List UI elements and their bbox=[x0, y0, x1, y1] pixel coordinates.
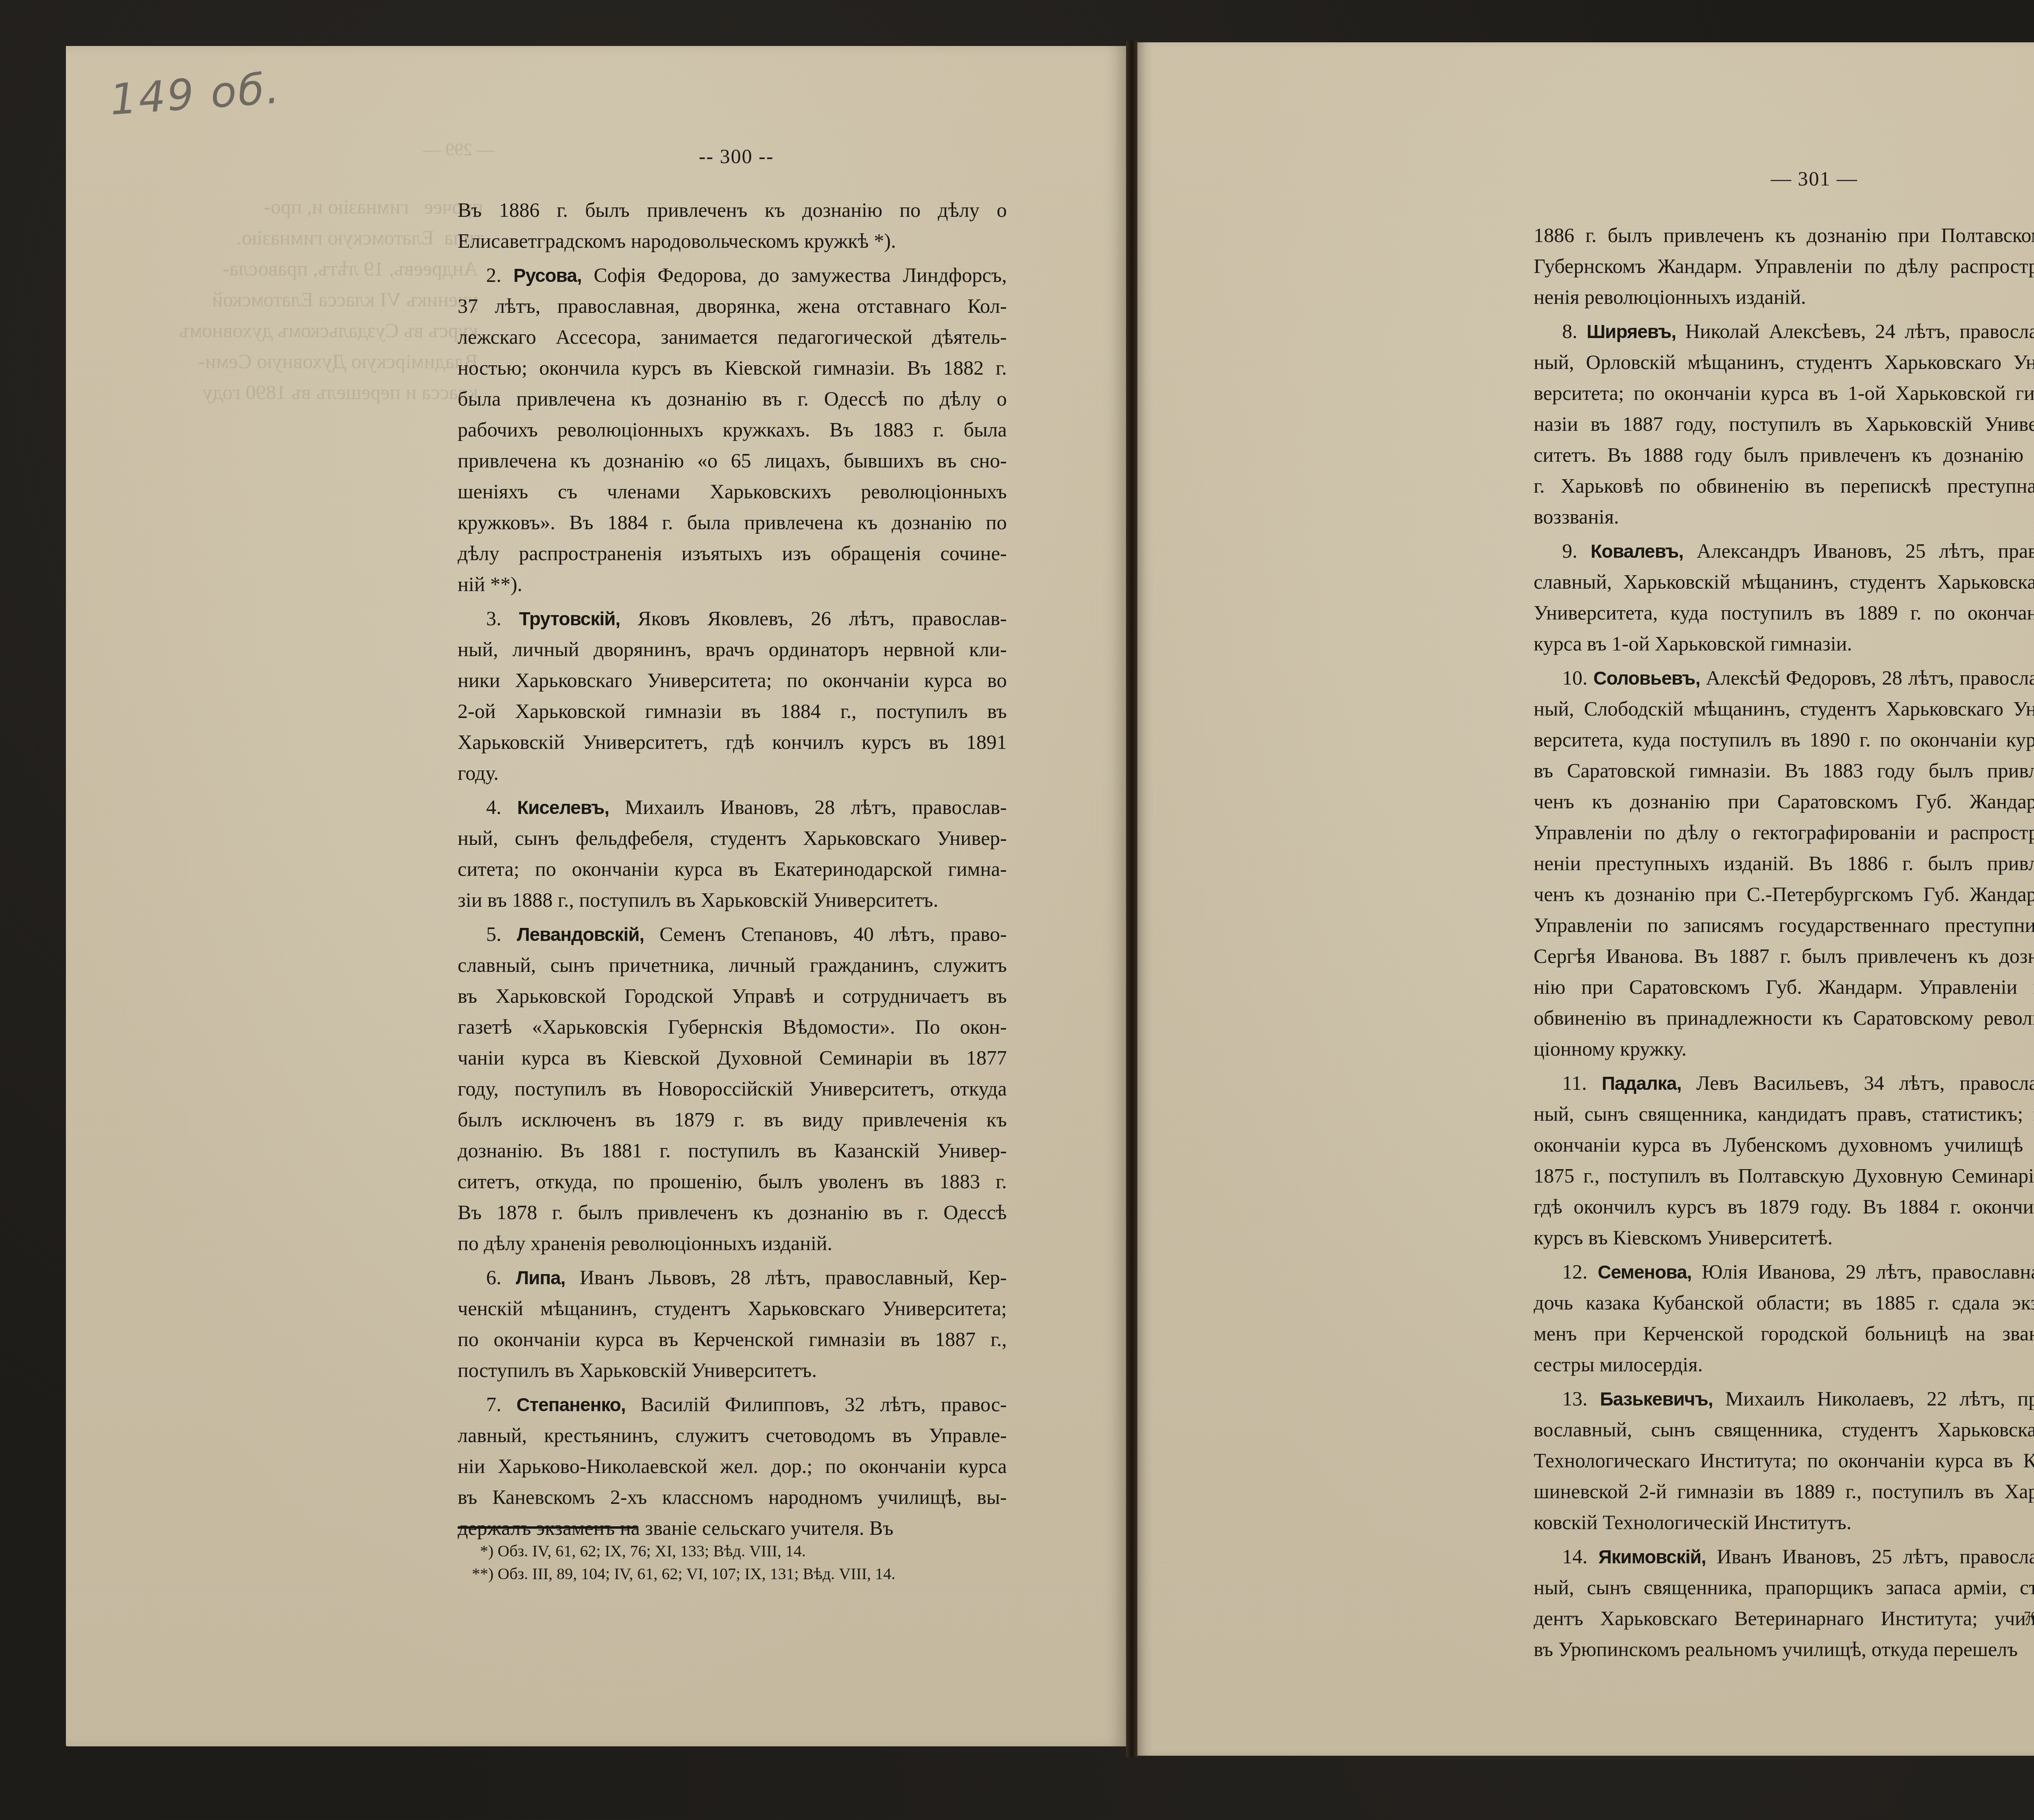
text-line: шеніяхъ съ членами Харьковскихъ революці… bbox=[458, 476, 1007, 507]
text-line: ніи Харьково-Николаевской жел. дор.; по … bbox=[458, 1451, 1007, 1482]
text-line: 1875 г., поступилъ въ Полтавскую Духовну… bbox=[1534, 1160, 2034, 1191]
text-line: 5. Левандовскій, Семенъ Степановъ, 40 лѣ… bbox=[458, 919, 1007, 949]
entry-number: 12. bbox=[1562, 1260, 1588, 1283]
entry-number: 8. bbox=[1562, 320, 1578, 343]
text-line: 3. Трутовскій, Яковъ Яковлевъ, 26 лѣтъ, … bbox=[458, 603, 1007, 634]
text-line: славный, Харьковскій мѣщанинъ, студентъ … bbox=[1534, 566, 2034, 597]
text-line: году, поступилъ въ Новороссійскій Универ… bbox=[458, 1073, 1007, 1104]
right-text-column: 1886 г. былъ привлеченъ къ дознанію при … bbox=[1534, 220, 2034, 1668]
continuation-paragraph: Въ 1886 г. былъ привлеченъ къ дознанію п… bbox=[458, 194, 1007, 256]
text-line: гдѣ окончилъ курсъ въ 1879 году. Въ 1884… bbox=[1534, 1191, 2034, 1222]
footnotes: *) Обз. IV, 61, 62; IX, 76; XI, 133; Вѣд… bbox=[472, 1540, 1001, 1585]
text-line: Сергѣя Иванова. Въ 1887 г. былъ привлече… bbox=[1534, 941, 2034, 971]
text-line: былъ исключенъ въ 1879 г. въ виду привле… bbox=[458, 1104, 1007, 1135]
text-line: 8. Ширяевъ, Николай Алексѣевъ, 24 лѣтъ, … bbox=[1534, 316, 2034, 347]
entry-surname: Левандовскій, bbox=[517, 924, 644, 945]
entry-surname: Липа, bbox=[516, 1267, 565, 1288]
footnote-1: *) Обз. IV, 61, 62; IX, 76; XI, 133; Вѣд… bbox=[472, 1540, 1001, 1562]
entry-line-text: Михаилъ Ивановъ, 28 лѣтъ, православ- bbox=[609, 796, 1007, 818]
entry-number: 14. bbox=[1562, 1545, 1588, 1568]
text-line: курса въ 1-ой Харьковской гимназіи. bbox=[1534, 628, 2034, 659]
entry-line-text: Василій Филипповъ, 32 лѣтъ, правос- bbox=[626, 1393, 1007, 1416]
text-line: ченъ къ дознанію при Саратовскомъ Губ. Ж… bbox=[1534, 786, 2034, 817]
text-line: въ Урюпинскомъ реальномъ училищѣ, откуда… bbox=[1534, 1634, 2034, 1665]
text-line: лавный, крестьянинъ, служитъ счетоводомъ… bbox=[458, 1420, 1007, 1451]
entry-surname: Трутовскій, bbox=[519, 608, 620, 629]
text-line: неніи преступныхъ изданій. Въ 1886 г. бы… bbox=[1534, 848, 2034, 879]
text-line: дознанію. Въ 1881 г. поступилъ въ Казанс… bbox=[458, 1135, 1007, 1166]
entry-surname: Базькевичъ, bbox=[1600, 1388, 1713, 1410]
text-line: дентъ Харьковскаго Ветеринарнаго Институ… bbox=[1534, 1603, 2034, 1634]
footnote-2: **) Обз. III, 89, 104; IV, 61, 62; VI, 1… bbox=[472, 1562, 1001, 1585]
text-line: Въ 1886 г. былъ привлеченъ къ дознанію п… bbox=[458, 194, 1007, 225]
text-line: 11. Падалка, Левъ Васильевъ, 34 лѣтъ, пр… bbox=[1534, 1067, 2034, 1098]
text-line: г. Харьковѣ по обвиненію въ перепискѣ пр… bbox=[1534, 470, 2034, 501]
entry-surname: Соловьевъ, bbox=[1593, 668, 1700, 689]
entry-line-text: Михаилъ Николаевъ, 22 лѣтъ, пра- bbox=[1713, 1387, 2034, 1410]
text-line: поступилъ въ Харьковскій Университетъ. bbox=[458, 1355, 1007, 1386]
text-line: ники Харьковскаго Университета; по оконч… bbox=[458, 665, 1007, 696]
entry-number: 9. bbox=[1562, 539, 1578, 562]
text-line: ный, личный дворянинъ, врачъ ординаторъ … bbox=[458, 634, 1007, 665]
text-line: ситетъ. Въ 1888 году былъ привлеченъ къ … bbox=[1534, 439, 2034, 470]
continuation-paragraph: 1886 г. былъ привлеченъ къ дознанію при … bbox=[1534, 220, 2034, 312]
footnote-separator bbox=[458, 1526, 637, 1529]
entry-line-text: Николай Алексѣевъ, 24 лѣтъ, православ- bbox=[1676, 320, 2034, 343]
text-line: 37 лѣтъ, православная, дворянка, жена от… bbox=[458, 290, 1007, 321]
entry-line-text: Юлія Иванова, 29 лѣтъ, православная, bbox=[1691, 1260, 2034, 1283]
text-line: воззванія. bbox=[1534, 501, 2034, 532]
entry-paragraph: 7. Степаненко, Василій Филипповъ, 32 лѣт… bbox=[458, 1389, 1007, 1543]
text-line: 13. Базькевичъ, Михаилъ Николаевъ, 22 лѣ… bbox=[1534, 1383, 2034, 1414]
text-line: менъ при Керченской городской больницѣ н… bbox=[1534, 1318, 2034, 1349]
entry-paragraph: 10. Соловьевъ, Алексѣй Федоровъ, 28 лѣтъ… bbox=[1534, 662, 2034, 1064]
text-line: ный, Слободскій мѣщанинъ, студентъ Харьк… bbox=[1534, 693, 2034, 724]
entry-number: 4. bbox=[486, 796, 502, 818]
text-line: ситетъ, откуда, по прошенію, былъ уволен… bbox=[458, 1166, 1007, 1197]
left-text-column: Въ 1886 г. былъ привлеченъ къ дознанію п… bbox=[458, 194, 1007, 1547]
entry-surname: Семенова, bbox=[1598, 1261, 1692, 1283]
entry-line-text: Семенъ Степановъ, 40 лѣтъ, право- bbox=[644, 923, 1007, 945]
entry-paragraph: 5. Левандовскій, Семенъ Степановъ, 40 лѣ… bbox=[458, 919, 1007, 1259]
book-gutter bbox=[1126, 41, 1137, 1757]
text-line: 1886 г. былъ привлеченъ къ дознанію при … bbox=[1534, 220, 2034, 251]
text-line: газетѣ «Харьковскія Губернскія Вѣдомости… bbox=[458, 1011, 1007, 1042]
text-line: Университета, куда поступилъ въ 1889 г. … bbox=[1534, 597, 2034, 628]
text-line: Елисаветградскомъ народовольческомъ круж… bbox=[458, 225, 1007, 256]
entry-number: 6. bbox=[486, 1266, 502, 1289]
text-line: Управленіи по дѣлу о гектографированіи и… bbox=[1534, 817, 2034, 848]
text-line: въ Каневскомъ 2-хъ классномъ народномъ у… bbox=[458, 1482, 1007, 1512]
entry-number: 5. bbox=[486, 923, 502, 945]
text-line: верситета; по окончаніи курса въ 1-ой Ха… bbox=[1534, 378, 2034, 408]
text-line: Въ 1878 г. былъ привлеченъ къ дознанію в… bbox=[458, 1197, 1007, 1228]
text-line: 2-ой Харьковской гимназіи въ 1884 г., по… bbox=[458, 696, 1007, 727]
entry-paragraph: 2. Русова, Софія Федорова, до замужества… bbox=[458, 260, 1007, 600]
text-line: ціонному кружку. bbox=[1534, 1033, 2034, 1064]
entry-surname: Степаненко, bbox=[517, 1394, 626, 1415]
text-line: вославный, сынъ священника, студентъ Хар… bbox=[1534, 1414, 2034, 1445]
text-line: по окончаніи курса въ Керченской гимназі… bbox=[458, 1324, 1007, 1355]
text-line: привлечена къ дознанію «о 65 лицахъ, быв… bbox=[458, 445, 1007, 476]
text-line: 14. Якимовскій, Иванъ Ивановъ, 25 лѣтъ, … bbox=[1534, 1541, 2034, 1572]
entry-surname: Якимовскій, bbox=[1598, 1546, 1706, 1567]
text-line: обвиненію въ принадлежности къ Саратовск… bbox=[1534, 1002, 2034, 1033]
entry-paragraph: 4. Киселевъ, Михаилъ Ивановъ, 28 лѣтъ, п… bbox=[458, 792, 1007, 915]
text-line: зіи въ 1888 г., поступилъ въ Харьковскій… bbox=[458, 884, 1007, 915]
entry-number: 2. bbox=[486, 264, 502, 286]
entry-number: 13. bbox=[1562, 1387, 1588, 1410]
entry-surname: Падалка, bbox=[1602, 1073, 1681, 1094]
text-line: курсъ въ Кіевскомъ Университетѣ. bbox=[1534, 1222, 2034, 1253]
entry-line-text: Иванъ Ивановъ, 25 лѣтъ, православ- bbox=[1706, 1545, 2034, 1568]
entry-line-text: Иванъ Львовъ, 28 лѣтъ, православный, Кер… bbox=[565, 1266, 1007, 1289]
text-line: ненія революціонныхъ изданій. bbox=[1534, 282, 2034, 312]
entry-paragraph: 11. Падалка, Левъ Васильевъ, 34 лѣтъ, пр… bbox=[1534, 1067, 2034, 1253]
text-line: ковскій Технологическій Институтъ. bbox=[1534, 1507, 2034, 1538]
entry-surname: Ковалевъ, bbox=[1591, 541, 1683, 562]
text-line: Харьковскій Университетъ, гдѣ кончилъ ку… bbox=[458, 727, 1007, 757]
text-line: назіи въ 1887 году, поступилъ въ Харьков… bbox=[1534, 408, 2034, 439]
page-number-left: -- 300 -- bbox=[635, 144, 838, 168]
text-line: Технологическаго Института; по окончаніи… bbox=[1534, 1445, 2034, 1476]
text-line: нію при Саратовскомъ Губ. Жандарм. Управ… bbox=[1534, 971, 2034, 1002]
text-line: кружковъ». Въ 1884 г. была привлечена къ… bbox=[458, 507, 1007, 538]
text-line: ностью; окончила курсъ въ Кіевской гимна… bbox=[458, 352, 1007, 383]
text-line: лежскаго Ассесора, занимается педагогиче… bbox=[458, 321, 1007, 352]
entry-surname: Ширяевъ, bbox=[1587, 321, 1676, 342]
page-number-right: — 301 — bbox=[1713, 167, 1916, 190]
text-line: ситета; по окончаніи курса въ Екатеринод… bbox=[458, 853, 1007, 884]
entry-paragraph: 9. Ковалевъ, Александръ Ивановъ, 25 лѣтъ… bbox=[1534, 535, 2034, 659]
text-line: ній **). bbox=[458, 569, 1007, 600]
text-line: верситета, куда поступилъ въ 1890 г. по … bbox=[1534, 724, 2034, 755]
text-line: дѣлу распространенія изъятыхъ изъ обраще… bbox=[458, 538, 1007, 569]
text-line: 10. Соловьевъ, Алексѣй Федоровъ, 28 лѣтъ… bbox=[1534, 662, 2034, 693]
text-line: 9. Ковалевъ, Александръ Ивановъ, 25 лѣтъ… bbox=[1534, 535, 2034, 566]
entry-paragraph: 13. Базькевичъ, Михаилъ Николаевъ, 22 лѣ… bbox=[1534, 1383, 2034, 1538]
entry-line-text: Алексѣй Федоровъ, 28 лѣтъ, православ- bbox=[1700, 666, 2034, 689]
entry-paragraph: 12. Семенова, Юлія Иванова, 29 лѣтъ, пра… bbox=[1534, 1256, 2034, 1380]
text-line: въ Саратовской гимназіи. Въ 1883 году бы… bbox=[1534, 755, 2034, 786]
text-line: году. bbox=[458, 757, 1007, 788]
text-line: ченскій мѣщанинъ, студентъ Харьковскаго … bbox=[458, 1293, 1007, 1324]
text-line: 4. Киселевъ, Михаилъ Ивановъ, 28 лѣтъ, п… bbox=[458, 792, 1007, 823]
text-line: 2. Русова, Софія Федорова, до замужества… bbox=[458, 260, 1007, 290]
entry-surname: Русова, bbox=[513, 265, 582, 286]
text-line: по дѣлу храненія революціонныхъ изданій. bbox=[458, 1228, 1007, 1259]
text-line: рабочихъ революціонныхъ кружкахъ. Въ 188… bbox=[458, 414, 1007, 445]
text-line: 6. Липа, Иванъ Львовъ, 28 лѣтъ, правосла… bbox=[458, 1262, 1007, 1293]
entry-line-text: Софія Федорова, до замужества Линдфорсъ, bbox=[582, 264, 1007, 286]
text-line: ный, Орловскій мѣщанинъ, студентъ Харько… bbox=[1534, 347, 2034, 378]
text-line: шиневской 2-й гимназіи въ 1889 г., посту… bbox=[1534, 1476, 2034, 1507]
text-line: ный, сынъ фельдфебеля, студентъ Харьковс… bbox=[458, 823, 1007, 853]
text-line: ный, сынъ священника, прапорщикъ запаса … bbox=[1534, 1572, 2034, 1603]
entry-paragraph: 6. Липа, Иванъ Львовъ, 28 лѣтъ, правосла… bbox=[458, 1262, 1007, 1386]
entry-number: 3. bbox=[486, 607, 502, 630]
printer-signature-mark: 76 bbox=[2024, 1609, 2034, 1624]
text-line: Губернскомъ Жандарм. Управленіи по дѣлу … bbox=[1534, 251, 2034, 282]
text-line: чаніи курса въ Кіевской Духовной Семинар… bbox=[458, 1042, 1007, 1073]
text-line: окончаніи курса въ Лубенскомъ духовномъ … bbox=[1534, 1129, 2034, 1160]
text-line: дочь казака Кубанской области; въ 1885 г… bbox=[1534, 1287, 2034, 1318]
text-line: Управленіи по записямъ государственнаго … bbox=[1534, 910, 2034, 941]
text-line: была привлечена къ дознанію въ г. Одессѣ… bbox=[458, 383, 1007, 414]
entry-number: 7. bbox=[486, 1393, 502, 1416]
text-line: ченъ къ дознанію при С.-Петербургскомъ Г… bbox=[1534, 879, 2034, 910]
entry-number: 11. bbox=[1562, 1071, 1587, 1094]
text-line: славный, сынъ причетника, личный граждан… bbox=[458, 949, 1007, 980]
text-line: ный, сынъ священника, кандидатъ правъ, с… bbox=[1534, 1098, 2034, 1129]
text-line: 7. Степаненко, Василій Филипповъ, 32 лѣт… bbox=[458, 1389, 1007, 1420]
entry-paragraph: 8. Ширяевъ, Николай Алексѣевъ, 24 лѣтъ, … bbox=[1534, 316, 2034, 532]
entry-line-text: Александръ Ивановъ, 25 лѣтъ, право- bbox=[1683, 539, 2034, 562]
entry-paragraph: 3. Трутовскій, Яковъ Яковлевъ, 26 лѣтъ, … bbox=[458, 603, 1007, 788]
entry-surname: Киселевъ, bbox=[517, 797, 609, 818]
text-line: въ Харьковской Городской Управѣ и сотруд… bbox=[458, 980, 1007, 1011]
entry-line-text: Левъ Васильевъ, 34 лѣтъ, православ- bbox=[1681, 1071, 2034, 1094]
text-line: 12. Семенова, Юлія Иванова, 29 лѣтъ, пра… bbox=[1534, 1256, 2034, 1287]
entry-line-text: Яковъ Яковлевъ, 26 лѣтъ, православ- bbox=[620, 607, 1007, 630]
entry-number: 10. bbox=[1562, 666, 1588, 689]
entry-paragraph: 14. Якимовскій, Иванъ Ивановъ, 25 лѣтъ, … bbox=[1534, 1541, 2034, 1665]
text-line: сестры милосердія. bbox=[1534, 1349, 2034, 1380]
